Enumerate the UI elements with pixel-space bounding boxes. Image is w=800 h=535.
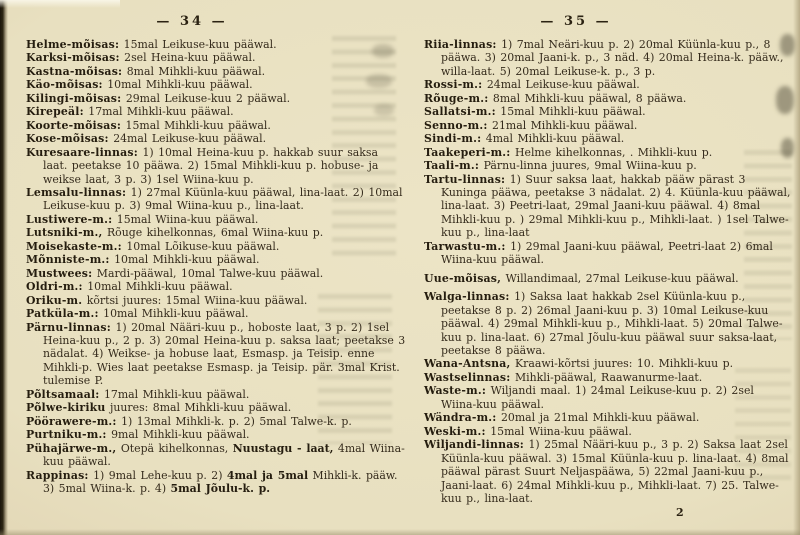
fair-entry: Mõnniste-m.: 10mal Mihkli-kuu pääwal.: [26, 253, 406, 266]
place-name: Kastna-mõisas:: [26, 65, 122, 78]
scan-edge-shadow: [0, 0, 8, 535]
entry-text: 10mal Mihkli-kuu pääwal.: [87, 280, 232, 293]
scan-edge-shadow: [793, 0, 800, 535]
entry-text: 2sel Heina-kuu pääwal.: [124, 51, 255, 64]
fair-entry: Kilingi-mõisas: 29mal Leikuse-kuu 2 pääw…: [26, 92, 406, 105]
entry-text: 15mal Mihkli-kuu pääwal.: [126, 119, 271, 132]
fair-entry: Wändra-m.: 20mal ja 21mal Mihkli-kuu pää…: [424, 411, 792, 424]
place-name: Patküla-m.:: [26, 307, 99, 320]
fair-entry: Walga-linnas: 1) Saksa laat hakkab 2sel …: [424, 290, 792, 357]
fair-entry: Helme-mõisas: 15mal Leikuse-kuu pääwal.: [26, 38, 406, 51]
place-name: Wändra-m.:: [424, 411, 497, 424]
fair-entry: Kastna-mõisas: 8mal Mihkli-kuu pääwal.: [26, 65, 406, 78]
fair-entry: Sallatsi-m.: 15mal Mihkli-kuu pääwal.: [424, 105, 792, 118]
place-name: Kirepeäl:: [26, 105, 84, 118]
place-name: Moisekaste-m.:: [26, 240, 122, 253]
place-name: Pöörawere-m.:: [26, 415, 117, 428]
place-name: Riia-linnas:: [424, 38, 497, 51]
page-number: — 35 —: [424, 14, 792, 29]
entry-text: 17mal Mihkli-kuu pääwal.: [104, 388, 249, 401]
place-name: Senno-m.:: [424, 119, 488, 132]
place-name: Oriku-m.: [26, 294, 82, 307]
fair-list: Riia-linnas: 1) 7mal Neäri-kuu p. 2) 20m…: [424, 38, 792, 505]
fair-entry: Rõuge-m.: 8mal Mihkli-kuu pääwal, 8 pääw…: [424, 92, 792, 105]
place-name: Tarwastu-m.:: [424, 240, 506, 253]
place-name: Pärnu-linnas:: [26, 321, 111, 334]
entry-text: kõrtsi juures: 15mal Wiina-kuu pääwal.: [87, 294, 308, 307]
place-name: Mustwees:: [26, 267, 92, 280]
place-name: Purtniku-m.:: [26, 428, 107, 441]
place-name: Pühajärwe-m.,: [26, 442, 116, 455]
fair-entry: Wastselinnas: Mihkli-pääwal, Raawanurme-…: [424, 371, 792, 384]
place-name: Kose-mõisas:: [26, 132, 109, 145]
place-name: Lustiwere-m.:: [26, 213, 112, 226]
page-35: — 35 — Riia-linnas: 1) 7mal Neäri-kuu p.…: [424, 14, 792, 519]
entry-text: Mardi-pääwal, 10mal Talwe-kuu pääwal.: [97, 267, 323, 280]
entry-text: 15mal Wiina-kuu pääwal.: [490, 425, 632, 438]
entry-text: 10mal Mihkli-kuu pääwal.: [103, 307, 248, 320]
place-name: Rossi-m.:: [424, 78, 482, 91]
fair-entry: Pärnu-linnas: 1) 20mal Nääri-kuu p., hob…: [26, 321, 406, 388]
place-name: Põlwe-kiriku: [26, 401, 106, 414]
fair-entry: Lemsalu-linnas: 1) 27mal Küünla-kuu pääw…: [26, 186, 406, 213]
fair-entry: Pühajärwe-m., Otepä kihelkonnas, Nuustag…: [26, 442, 406, 469]
entry-text: 1) 13mal Mihkli-k. p. 2) 5mal Talwe-k. p…: [121, 415, 352, 428]
place-name: Käo-mõisas:: [26, 78, 103, 91]
entry-text: 15mal Leikuse-kuu pääwal.: [124, 38, 277, 51]
entry-text: 10mal Mihkli-kuu pääwal.: [114, 253, 259, 266]
fair-entry: Kuresaare-linnas: 1) 10mal Heina-kuu p. …: [26, 146, 406, 186]
fair-entry: Patküla-m.: 10mal Mihkli-kuu pääwal.: [26, 307, 406, 320]
fair-entry: Taali-m.: Pärnu-linna juures, 9mal Wiina…: [424, 159, 792, 172]
place-name: Koorte-mõisas:: [26, 119, 121, 132]
entry-text: Otepä kihelkonnas,: [121, 442, 233, 455]
place-name: Taakeperi-m.:: [424, 146, 511, 159]
place-name: Mõnniste-m.:: [26, 253, 110, 266]
place-name: Taali-m.:: [424, 159, 479, 172]
fair-entry: Taakeperi-m.: Helme kihelkonnas, . Mihkl…: [424, 146, 792, 159]
place-name: Rappinas:: [26, 469, 89, 482]
fair-entry: Käo-mõisas: 10mal Mihkli-kuu pääwal.: [26, 78, 406, 91]
entry-text: Helme kihelkonnas, . Mihkli-kuu p.: [515, 146, 712, 159]
fair-entry: Mustwees: Mardi-pääwal, 10mal Talwe-kuu …: [26, 267, 406, 280]
entry-text: Pärnu-linna juures, 9mal Wiina-kuu p.: [484, 159, 697, 172]
place-name: Wastselinnas:: [424, 371, 510, 384]
place-name: Helme-mõisas:: [26, 38, 119, 51]
fair-entry: Oriku-m. kõrtsi juures: 15mal Wiina-kuu …: [26, 294, 406, 307]
place-name: Lemsalu-linnas:: [26, 186, 126, 199]
entry-text: 10mal Mihkli-kuu pääwal.: [107, 78, 252, 91]
place-name: Kilingi-mõisas:: [26, 92, 121, 105]
fair-entry: Lustiwere-m.: 15mal Wiina-kuu pääwal.: [26, 213, 406, 226]
fair-entry: Rappinas: 1) 9mal Lehe-kuu p. 2) 4mal ja…: [26, 469, 406, 496]
place-name: Walga-linnas:: [424, 290, 510, 303]
fair-entry: Kirepeäl: 17mal Mihkli-kuu pääwal.: [26, 105, 406, 118]
entry-text: 24mal Leikuse-kuu pääwal.: [113, 132, 266, 145]
fair-entry: Waste-m.: Wiljandi maal. 1) 24mal Leikus…: [424, 384, 792, 411]
fair-entry: Purtniku-m.: 9mal Mihkli-kuu pääwal.: [26, 428, 406, 441]
fair-entry: Põltsamaal: 17mal Mihkli-kuu pääwal.: [26, 388, 406, 401]
entry-text: 17mal Mihkli-kuu pääwal.: [88, 105, 233, 118]
entry-text: Wiljandi maal. 1) 24mal Leikuse-kuu p. 2…: [441, 384, 754, 410]
fair-entry: Tarwastu-m.: 1) 29mal Jaani-kuu pääwal, …: [424, 240, 792, 267]
place-name: Wiljandi-linnas:: [424, 438, 524, 451]
entry-text: Nuustagu - laat,: [233, 442, 334, 455]
fair-entry: Koorte-mõisas: 15mal Mihkli-kuu pääwal.: [26, 119, 406, 132]
fair-entry: Riia-linnas: 1) 7mal Neäri-kuu p. 2) 20m…: [424, 38, 792, 78]
entry-text: 8mal Mihkli-kuu pääwal.: [127, 65, 265, 78]
entry-text: 5mal Jõulu-k. p.: [171, 482, 271, 495]
entry-text: 9mal Mihkli-kuu pääwal.: [111, 428, 249, 441]
fair-entry: Moisekaste-m.: 10mal Lõikuse-kuu pääwal.: [26, 240, 406, 253]
place-name: Waste-m.:: [424, 384, 486, 397]
scan-edge-highlight: [0, 0, 120, 8]
fair-entry: Tartu-linnas: 1) Suur saksa laat, hakkab…: [424, 173, 792, 240]
place-name: Sallatsi-m.:: [424, 105, 496, 118]
entry-text: Mihkli-pääwal, Raawanurme-laat.: [515, 371, 702, 384]
place-name: Põltsamaal:: [26, 388, 100, 401]
place-name: Lutsniki-m.,: [26, 226, 103, 239]
place-name: Uue-mõisas,: [424, 272, 501, 285]
entry-text: 4mal Mihkli-kuu pääwal.: [486, 132, 624, 145]
place-name: Wana-Antsna,: [424, 357, 511, 370]
scan-edge-shadow: [0, 529, 800, 535]
fair-entry: Uue-mõisas, Willandimaal, 27mal Leikuse-…: [424, 272, 792, 285]
entry-text: Rõuge kihelkonnas, 6mal Wiina-kuu p.: [107, 226, 323, 239]
fair-entry: Senno-m.: 21mal Mihkli-kuu pääwal.: [424, 119, 792, 132]
entry-text: 4mal ja 5mal: [227, 469, 308, 482]
entry-text: 21mal Mihkli-kuu pääwal.: [492, 119, 637, 132]
place-name: Karksi-mõisas:: [26, 51, 120, 64]
place-name: Weski-m.:: [424, 425, 486, 438]
fair-entry: Weski-m.: 15mal Wiina-kuu pääwal.: [424, 425, 792, 438]
entry-text: Willandimaal, 27mal Leikuse-kuu pääwal.: [506, 272, 739, 285]
book-scan: — 34 — Helme-mõisas: 15mal Leikuse-kuu p…: [0, 0, 800, 535]
entry-text: 10mal Lõikuse-kuu pääwal.: [126, 240, 279, 253]
fair-entry: Lutsniki-m., Rõuge kihelkonnas, 6mal Wii…: [26, 226, 406, 239]
fair-entry: Karksi-mõisas: 2sel Heina-kuu pääwal.: [26, 51, 406, 64]
entry-text: Kraawi-kõrtsi juures: 10. Mihkli-kuu p.: [515, 357, 733, 370]
place-name: Sindi-m.:: [424, 132, 481, 145]
page-number: — 34 —: [26, 14, 406, 29]
entry-text: 20mal ja 21mal Mihkli-kuu pääwal.: [501, 411, 699, 424]
place-name: Oldri-m.:: [26, 280, 83, 293]
entry-text: 15mal Wiina-kuu pääwal.: [117, 213, 259, 226]
place-name: Tartu-linnas:: [424, 173, 505, 186]
entry-text: juures: 8mal Mihkli-kuu pääwal.: [110, 401, 291, 414]
fair-entry: Pöörawere-m.: 1) 13mal Mihkli-k. p. 2) 5…: [26, 415, 406, 428]
fair-entry: Sindi-m.: 4mal Mihkli-kuu pääwal.: [424, 132, 792, 145]
entry-text: 24mal Leikuse-kuu pääwal.: [487, 78, 640, 91]
entry-text: 1) 9mal Lehe-kuu p. 2): [93, 469, 227, 482]
place-name: Rõuge-m.:: [424, 92, 488, 105]
fair-entry: Oldri-m.: 10mal Mihkli-kuu pääwal.: [26, 280, 406, 293]
fair-entry: Kose-mõisas: 24mal Leikuse-kuu pääwal.: [26, 132, 406, 145]
fair-entry: Rossi-m.: 24mal Leikuse-kuu pääwal.: [424, 78, 792, 91]
entry-text: 15mal Mihkli-kuu pääwal.: [500, 105, 645, 118]
place-name: Kuresaare-linnas:: [26, 146, 138, 159]
entry-text: 29mal Leikuse-kuu 2 pääwal.: [126, 92, 290, 105]
page-34: — 34 — Helme-mõisas: 15mal Leikuse-kuu p…: [26, 14, 406, 495]
fair-entry: Põlwe-kiriku juures: 8mal Mihkli-kuu pää…: [26, 401, 406, 414]
entry-text: 8mal Mihkli-kuu pääwal, 8 pääwa.: [493, 92, 686, 105]
signature-mark: 2: [424, 506, 792, 519]
fair-list: Helme-mõisas: 15mal Leikuse-kuu pääwal.K…: [26, 38, 406, 495]
fair-entry: Wana-Antsna, Kraawi-kõrtsi juures: 10. M…: [424, 357, 792, 370]
fair-entry: Wiljandi-linnas: 1) 25mal Nääri-kuu p., …: [424, 438, 792, 505]
